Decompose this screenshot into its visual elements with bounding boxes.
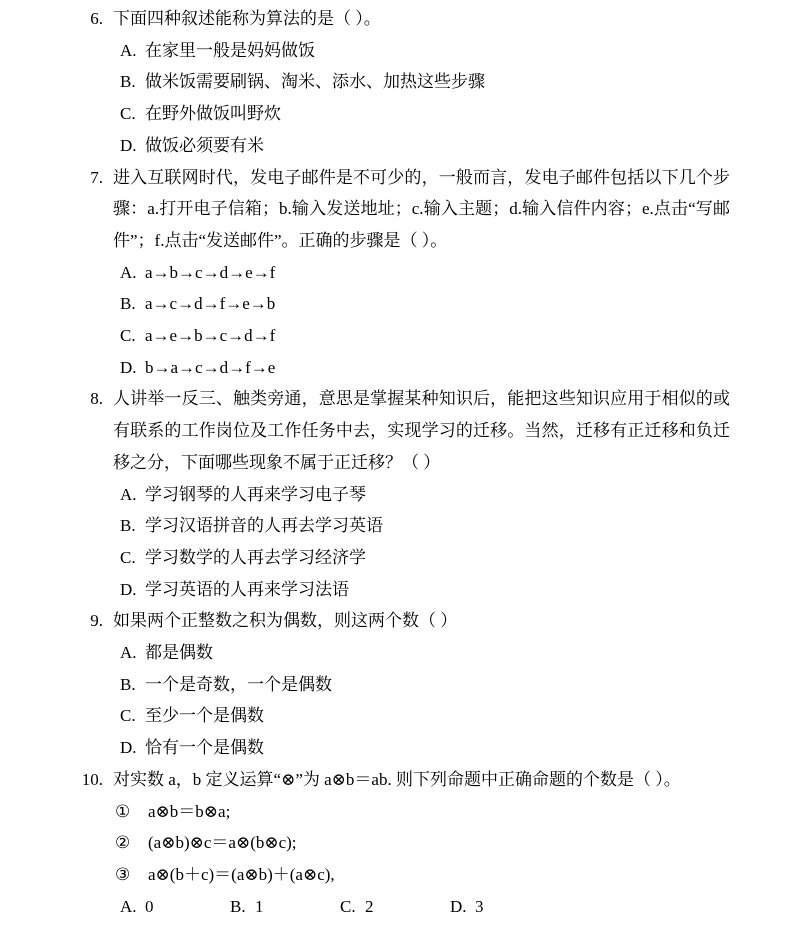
option-row: A.学习钢琴的人再来学习电子琴 bbox=[0, 479, 787, 511]
option-label: B. bbox=[120, 510, 145, 542]
option-text: a→c→d→f→e→b bbox=[145, 294, 275, 313]
option-label: C. bbox=[120, 320, 145, 352]
item-text: (a⊗b)⊗c＝a⊗(b⊗c); bbox=[148, 833, 297, 852]
circled-number-3: ③ bbox=[115, 859, 148, 891]
option-label: C. bbox=[340, 891, 365, 923]
option-text: 学习英语的人再来学习法语 bbox=[145, 580, 349, 599]
option-row: D.学习英语的人再来学习法语 bbox=[0, 574, 787, 606]
option-text: a→b→c→d→e→f bbox=[145, 263, 275, 282]
option-text: 至少一个是偶数 bbox=[145, 706, 264, 725]
option-text: 做米饭需要刷锅、淘米、添水、加热这些步骤 bbox=[145, 72, 485, 91]
option-row: C.学习数学的人再去学习经济学 bbox=[0, 542, 787, 574]
circled-number-2: ② bbox=[115, 827, 148, 859]
option-text: 恰有一个是偶数 bbox=[145, 738, 264, 757]
question-8: 8. 人讲举一反三、触类旁通，意思是掌握某种知识后，能把这些知识应用于相似的或有… bbox=[0, 383, 787, 605]
option-text: 3 bbox=[475, 897, 484, 916]
option-text: 学习汉语拼音的人再去学习英语 bbox=[145, 516, 383, 535]
option-row: D.b→a→c→d→f→e bbox=[0, 352, 787, 384]
option-label: A. bbox=[120, 637, 145, 669]
option-row: B.做米饭需要刷锅、淘米、添水、加热这些步骤 bbox=[0, 66, 787, 98]
inline-options-row: A.0B.1C.2D.3 bbox=[0, 891, 787, 923]
option-label: A. bbox=[120, 257, 145, 289]
option-label: B. bbox=[230, 891, 255, 923]
option-label: A. bbox=[120, 891, 145, 923]
question-stem: 如果两个正整数之积为偶数，则这两个数（ ） bbox=[113, 605, 730, 637]
question-number: 7. bbox=[0, 162, 103, 194]
option-row: A.a→b→c→d→e→f bbox=[0, 257, 787, 289]
inline-option-d: D.3 bbox=[450, 891, 484, 923]
option-label: D. bbox=[120, 352, 145, 384]
question-10: 10. 对实数 a，b 定义运算“⊗”为 a⊗b＝ab. 则下列命题中正确命题的… bbox=[0, 764, 787, 923]
option-label: B. bbox=[120, 288, 145, 320]
item-text: a⊗b＝b⊗a; bbox=[148, 802, 230, 821]
question-stem: 人讲举一反三、触类旁通，意思是掌握某种知识后，能把这些知识应用于相似的或有联系的… bbox=[113, 383, 730, 478]
question-stem: 进入互联网时代，发电子邮件是不可少的，一般而言，发电子邮件包括以下几个步骤：a.… bbox=[113, 162, 730, 257]
option-row: C.a→e→b→c→d→f bbox=[0, 320, 787, 352]
option-label: B. bbox=[120, 66, 145, 98]
option-row: C.在野外做饭叫野炊 bbox=[0, 98, 787, 130]
question-number: 6. bbox=[0, 3, 103, 35]
option-row: D.恰有一个是偶数 bbox=[0, 732, 787, 764]
numbered-item: ②(a⊗b)⊗c＝a⊗(b⊗c); bbox=[0, 827, 787, 859]
question-number: 8. bbox=[0, 383, 103, 415]
option-row: B.学习汉语拼音的人再去学习英语 bbox=[0, 510, 787, 542]
question-6: 6. 下面四种叙述能称为算法的是（ ）。 A.在家里一般是妈妈做饭 B.做米饭需… bbox=[0, 3, 787, 162]
option-label: B. bbox=[120, 669, 145, 701]
option-text: 在家里一般是妈妈做饭 bbox=[145, 41, 315, 60]
option-row: C.至少一个是偶数 bbox=[0, 700, 787, 732]
option-label: A. bbox=[120, 35, 145, 67]
option-text: 在野外做饭叫野炊 bbox=[145, 104, 281, 123]
option-row: B.一个是奇数，一个是偶数 bbox=[0, 669, 787, 701]
inline-option-b: B.1 bbox=[230, 891, 340, 923]
option-label: A. bbox=[120, 479, 145, 511]
option-row: D.做饭必须要有米 bbox=[0, 130, 787, 162]
option-text: 0 bbox=[145, 897, 154, 916]
option-text: 1 bbox=[255, 897, 264, 916]
option-text: 学习数学的人再去学习经济学 bbox=[145, 548, 366, 567]
inline-option-a: A.0 bbox=[120, 891, 230, 923]
option-label: D. bbox=[120, 130, 145, 162]
option-label: D. bbox=[120, 574, 145, 606]
option-text: 2 bbox=[365, 897, 374, 916]
option-text: a→e→b→c→d→f bbox=[145, 326, 275, 345]
inline-option-c: C.2 bbox=[340, 891, 450, 923]
circled-number-1: ① bbox=[115, 796, 148, 828]
option-label: D. bbox=[450, 891, 475, 923]
option-text: 做饭必须要有米 bbox=[145, 136, 264, 155]
numbered-item: ①a⊗b＝b⊗a; bbox=[0, 796, 787, 828]
question-stem: 对实数 a，b 定义运算“⊗”为 a⊗b＝ab. 则下列命题中正确命题的个数是（… bbox=[113, 764, 730, 796]
option-label: C. bbox=[120, 700, 145, 732]
exam-document-page: 6. 下面四种叙述能称为算法的是（ ）。 A.在家里一般是妈妈做饭 B.做米饭需… bbox=[0, 0, 787, 931]
item-text: a⊗(b＋c)＝(a⊗b)＋(a⊗c), bbox=[148, 865, 335, 884]
option-text: 都是偶数 bbox=[145, 643, 213, 662]
question-stem: 下面四种叙述能称为算法的是（ ）。 bbox=[113, 3, 730, 35]
option-text: 一个是奇数，一个是偶数 bbox=[145, 675, 332, 694]
option-label: C. bbox=[120, 542, 145, 574]
question-9: 9. 如果两个正整数之积为偶数，则这两个数（ ） A.都是偶数 B.一个是奇数，… bbox=[0, 605, 787, 764]
option-row: B.a→c→d→f→e→b bbox=[0, 288, 787, 320]
option-label: D. bbox=[120, 732, 145, 764]
option-text: b→a→c→d→f→e bbox=[145, 358, 275, 377]
option-label: C. bbox=[120, 98, 145, 130]
question-7: 7. 进入互联网时代，发电子邮件是不可少的，一般而言，发电子邮件包括以下几个步骤… bbox=[0, 162, 787, 384]
question-number: 10. bbox=[0, 764, 103, 796]
option-row: A.在家里一般是妈妈做饭 bbox=[0, 35, 787, 67]
option-text: 学习钢琴的人再来学习电子琴 bbox=[145, 485, 366, 504]
numbered-item: ③a⊗(b＋c)＝(a⊗b)＋(a⊗c), bbox=[0, 859, 787, 891]
option-row: A.都是偶数 bbox=[0, 637, 787, 669]
question-number: 9. bbox=[0, 605, 103, 637]
